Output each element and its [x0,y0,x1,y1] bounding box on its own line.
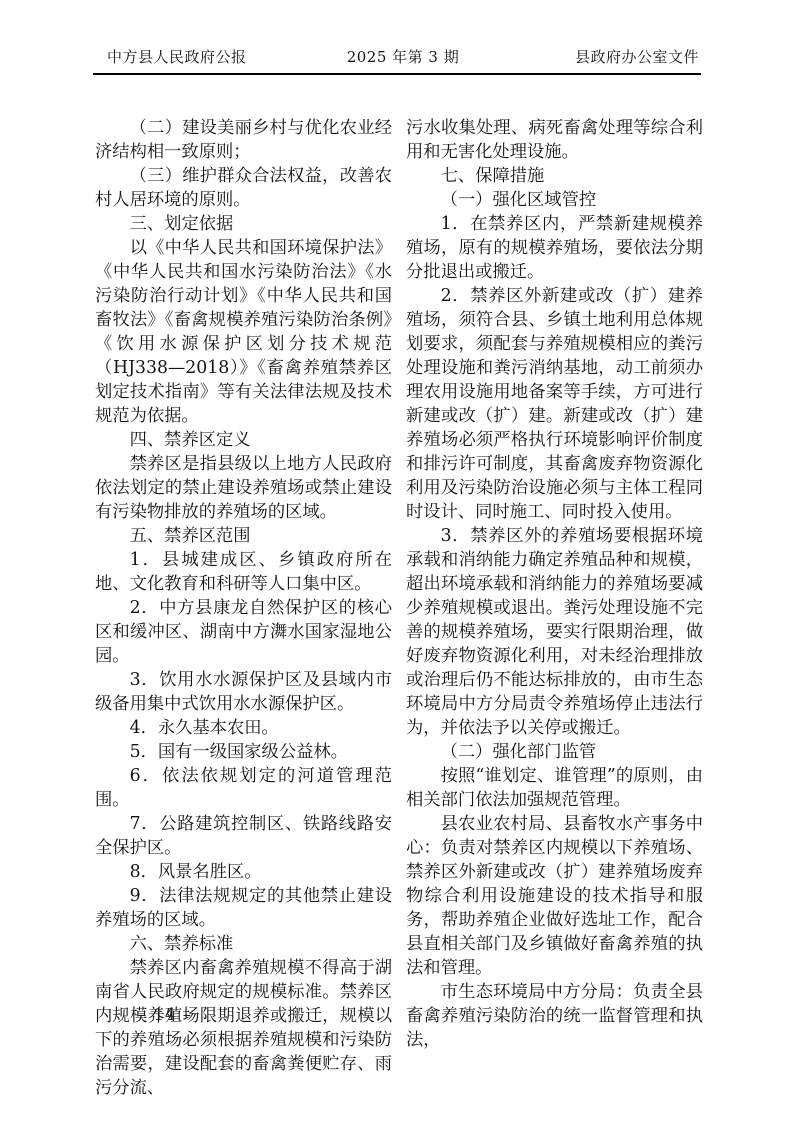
paragraph: 1．县城建成区、乡镇政府所在地、文化教育和科研等人口集中区。 [95,548,392,596]
paragraph: 1．在禁养区内，严禁新建规模养殖场，原有的规模养殖场，要依法分期分批退出或搬迁。 [406,212,703,284]
section-heading: （一）强化区域管控 [406,188,703,212]
section-heading: （二）强化部门监管 [406,740,703,764]
page-number: – 14 – [138,1005,192,1024]
header-publication-title: 中方县人民政府公报 [93,46,304,67]
header-issue-number: 2025 年第 3 期 [304,46,501,67]
paragraph: 8．风景名胜区。 [95,860,392,884]
right-column: 污水收集处理、病死畜禽处理等综合利用和无害化处理设施。七、保障措施（一）强化区域… [406,116,703,1100]
paragraph: （二）建设美丽乡村与优化农业经济结构相一致原则； [95,116,392,164]
paragraph: 2．禁养区外新建或改（扩）建养殖场，须符合县、乡镇土地利用总体规划要求，须配套与… [406,284,703,524]
document-body: （二）建设美丽乡村与优化农业经济结构相一致原则；（三）维护群众合法权益，改善农村… [95,116,703,1100]
paragraph: 9．法律法规规定的其他禁止建设养殖场的区域。 [95,884,392,932]
paragraph: 禁养区是指县级以上地方人民政府依法划定的禁止建设养殖场或禁止建设有污染物排放的养… [95,452,392,524]
page-header: 中方县人民政府公报 2025 年第 3 期 县政府办公室文件 [93,46,701,75]
header-document-category: 县政府办公室文件 [502,46,701,67]
section-heading: 三、划定依据 [95,212,392,236]
paragraph: （三）维护群众合法权益，改善农村人居环境的原则。 [95,164,392,212]
paragraph: 3．饮用水水源保护区及县域内市级备用集中式饮用水水源保护区。 [95,668,392,716]
paragraph: 3．禁养区外的养殖场要根据环境承载和消纳能力确定养殖品种和规模，超出环境承载和消… [406,524,703,740]
paragraph: 4．永久基本农田。 [95,716,392,740]
section-heading: 六、禁养标准 [95,932,392,956]
paragraph: 县农业农村局、县畜牧水产事务中心：负责对禁养区内规模以下养殖场、禁养区外新建或改… [406,812,703,980]
section-heading: 七、保障措施 [406,164,703,188]
left-column: （二）建设美丽乡村与优化农业经济结构相一致原则；（三）维护群众合法权益，改善农村… [95,116,392,1100]
gazette-page: 中方县人民政府公报 2025 年第 3 期 县政府办公室文件 （二）建设美丽乡村… [0,0,793,1122]
paragraph: 污水收集处理、病死畜禽处理等综合利用和无害化处理设施。 [406,116,703,164]
section-heading: 四、禁养区定义 [95,428,392,452]
section-heading: 五、禁养区范围 [95,524,392,548]
page-footer: – 14 – [138,1005,192,1024]
paragraph: 以《中华人民共和国环境保护法》《中华人民共和国水污染防治法》《水污染防治行动计划… [95,236,392,428]
paragraph: 禁养区内畜禽养殖规模不得高于湖南省人民政府规定的规模标准。禁养区内规模养殖场限期… [95,956,392,1100]
paragraph: 6．依法依规划定的河道管理范围。 [95,764,392,812]
paragraph: 市生态环境局中方分局：负责全县畜禽养殖污染防治的统一监督管理和执法， [406,980,703,1052]
paragraph: 按照“谁划定、谁管理”的原则，由相关部门依法加强规范管理。 [406,764,703,812]
paragraph: 2．中方县康龙自然保护区的核心区和缓冲区、湖南中方㵲水国家湿地公园。 [95,596,392,668]
paragraph: 7．公路建筑控制区、铁路线路安全保护区。 [95,812,392,860]
paragraph: 5．国有一级国家级公益林。 [95,740,392,764]
